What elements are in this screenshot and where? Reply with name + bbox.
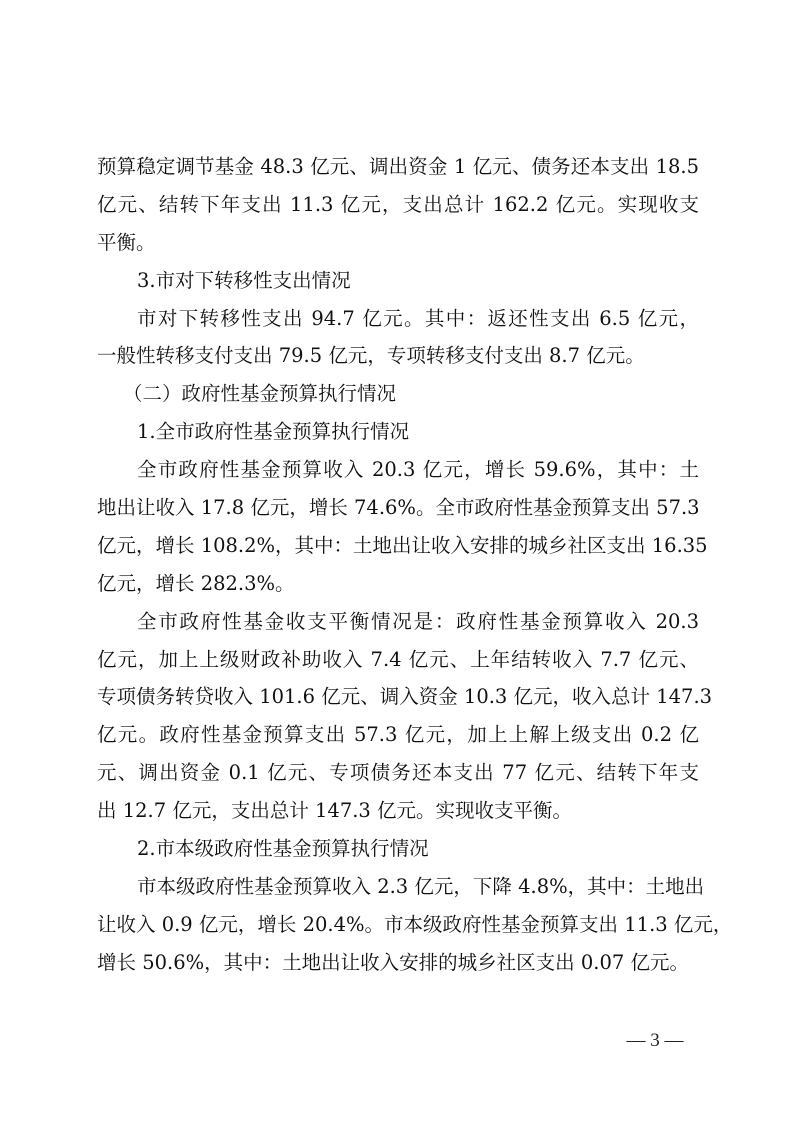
paragraph-citywide-fund-balance: 全市政府性基金收支平衡情况是：政府性基金预算收入 20.3 亿元，加上上级财政补… (97, 603, 699, 830)
text-line: 市对下转移性支出 94.7 亿元。其中：返还性支出 6.5 亿元， (97, 300, 699, 338)
page-number: — 3 — (600, 1030, 710, 1052)
text-line: 出 12.7 亿元，支出总计 147.3 亿元。实现收支平衡。 (97, 792, 699, 830)
paragraph-citywide-fund-execution: 全市政府性基金预算收入 20.3 亿元，增长 59.6%，其中：土 地出让收入 … (97, 451, 699, 603)
document-page: 预算稳定调节基金 48.3 亿元、调出资金 1 亿元、债务还本支出 18.5 亿… (0, 0, 793, 1122)
heading-citywide-fund: 1.全市政府性基金预算执行情况 (97, 413, 699, 451)
text-line: 亿元、结转下年支出 11.3 亿元，支出总计 162.2 亿元。实现收支 (97, 186, 699, 224)
text-line: 全市政府性基金收支平衡情况是：政府性基金预算收入 20.3 (97, 603, 699, 641)
text-line: 亿元，加上上级财政补助收入 7.4 亿元、上年结转收入 7.7 亿元、 (97, 641, 699, 679)
paragraph-general-budget-balance: 预算稳定调节基金 48.3 亿元、调出资金 1 亿元、债务还本支出 18.5 亿… (97, 148, 699, 262)
text-line: 亿元，增长 108.2%，其中：土地出让收入安排的城乡社区支出 16.35 (97, 527, 699, 565)
text-line: 地出让收入 17.8 亿元，增长 74.6%。全市政府性基金预算支出 57.3 (97, 489, 699, 527)
section-heading-gov-fund-budget: （二）政府性基金预算执行情况 (97, 375, 699, 413)
text-line: 一般性转移支付支出 79.5 亿元，专项转移支付支出 8.7 亿元。 (97, 337, 699, 375)
text-line: 让收入 0.9 亿元，增长 20.4%。市本级政府性基金预算支出 11.3 亿元… (97, 906, 699, 944)
text-line: 亿元。政府性基金预算支出 57.3 亿元，加上上解上级支出 0.2 亿 (97, 716, 699, 754)
document-body: 预算稳定调节基金 48.3 亿元、调出资金 1 亿元、债务还本支出 18.5 亿… (97, 148, 699, 982)
heading-transfer-payments: 3.市对下转移性支出情况 (97, 262, 699, 300)
text-line: 亿元，增长 282.3%。 (97, 565, 699, 603)
text-line: 市本级政府性基金预算收入 2.3 亿元，下降 4.8%，其中：土地出 (97, 868, 699, 906)
paragraph-transfer-payments: 市对下转移性支出 94.7 亿元。其中：返还性支出 6.5 亿元， 一般性转移支… (97, 300, 699, 376)
heading-city-level-fund: 2.市本级政府性基金预算执行情况 (97, 830, 699, 868)
text-line: 平衡。 (97, 224, 699, 262)
paragraph-city-level-fund-execution: 市本级政府性基金预算收入 2.3 亿元，下降 4.8%，其中：土地出 让收入 0… (97, 868, 699, 982)
text-line: 预算稳定调节基金 48.3 亿元、调出资金 1 亿元、债务还本支出 18.5 (97, 148, 699, 186)
text-line: 增长 50.6%，其中：土地出让收入安排的城乡社区支出 0.07 亿元。 (97, 944, 699, 982)
text-line: 专项债务转贷收入 101.6 亿元、调入资金 10.3 亿元，收入总计 147.… (97, 678, 699, 716)
text-line: 全市政府性基金预算收入 20.3 亿元，增长 59.6%，其中：土 (97, 451, 699, 489)
text-line: 元、调出资金 0.1 亿元、专项债务还本支出 77 亿元、结转下年支 (97, 754, 699, 792)
